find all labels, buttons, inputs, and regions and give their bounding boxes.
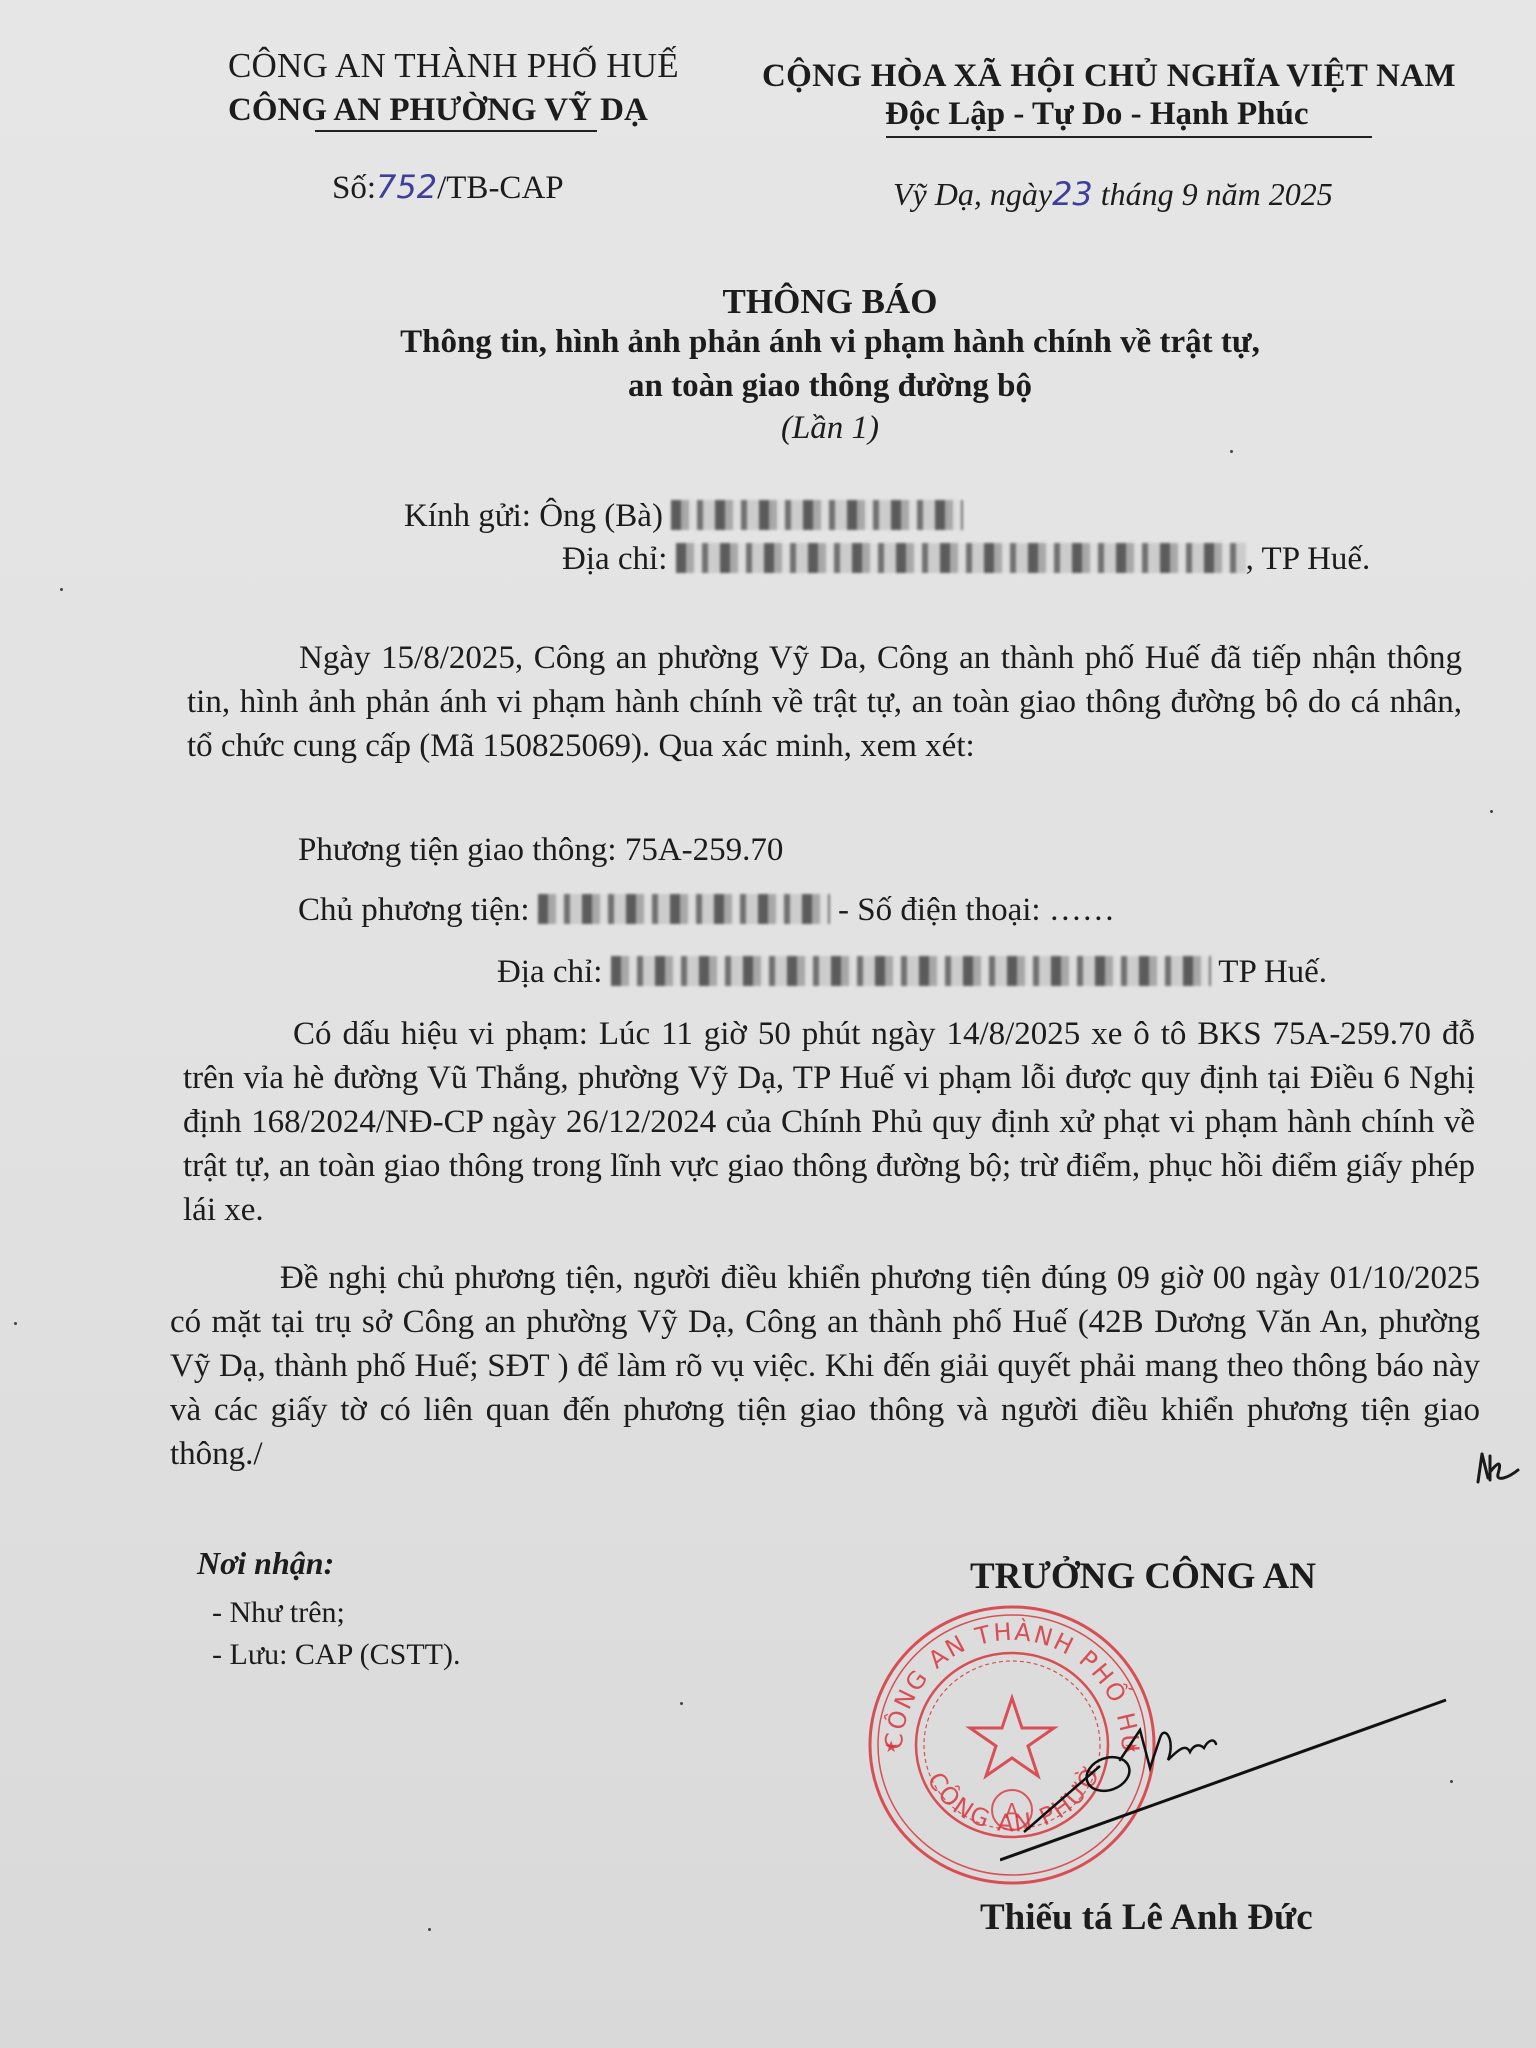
recipient-name-redacted: [671, 500, 963, 530]
signer-name: Thiếu tá Lê Anh Đức: [980, 1896, 1313, 1939]
handwritten-initial-icon: [1472, 1448, 1522, 1488]
vehicle-plate: 75A-259.70: [625, 832, 784, 868]
national-motto: Độc Lập - Tự Do - Hạnh Phúc: [885, 96, 1309, 133]
issuing-agency-parent: CÔNG AN THÀNH PHỐ HUẾ: [228, 46, 679, 86]
notice-iteration: (Lần 1): [0, 410, 1536, 447]
motto-underline: [886, 136, 1372, 138]
vehicle-label: Phương tiện giao thông:: [298, 832, 617, 868]
owner-label: Chủ phương tiện:: [298, 892, 530, 928]
address-suffix: , TP Huế.: [1246, 541, 1371, 577]
paragraph-received-report: Ngày 15/8/2025, Công an phường Vỹ Da, Cô…: [187, 636, 1462, 768]
paragraph-summons: Đề nghị chủ phương tiện, người điều khiể…: [170, 1256, 1480, 1476]
document-date: Vỹ Dạ, ngày23 tháng 9 năm 2025: [893, 175, 1333, 213]
recipient-address-line: Địa chỉ: , TP Huế.: [562, 537, 1370, 581]
document-number-handwritten: 752: [376, 168, 437, 206]
country-name: CỘNG HÒA XÃ HỘI CHỦ NGHĨA VIỆT NAM: [762, 58, 1456, 95]
owner-address-label: Địa chỉ:: [497, 954, 602, 990]
owner-address-suffix: TP Huế.: [1211, 954, 1327, 990]
issuing-agency: CÔNG AN PHƯỜNG VỸ DẠ: [228, 92, 648, 129]
phone-value: ……: [1049, 892, 1115, 928]
recipient-line: Kính gửi: Ông (Bà): [404, 494, 963, 538]
date-prefix: Vỹ Dạ, ngày: [893, 176, 1052, 212]
signer-position: TRƯỞNG CÔNG AN: [970, 1555, 1316, 1598]
svg-text:★: ★: [884, 1739, 898, 1756]
owner-address-redacted: [611, 956, 1211, 986]
document-number: Số:752/TB-CAP: [332, 168, 564, 207]
document-number-suffix: /TB-CAP: [437, 170, 564, 206]
recipient-address-redacted: [676, 543, 1246, 573]
salutation-label: Kính gửi: Ông (Bà): [404, 498, 663, 534]
recipients-heading: Nơi nhận:: [197, 1545, 334, 1582]
document-subtitle-line2: an toàn giao thông đường bộ: [0, 368, 1536, 405]
owner-address-line: Địa chỉ: TP Huế.: [497, 950, 1327, 994]
document-title: THÔNG BÁO: [0, 282, 1536, 322]
document-subtitle-line1: Thông tin, hình ảnh phản ánh vi phạm hàn…: [0, 324, 1536, 361]
phone-label: - Số điện thoại:: [838, 892, 1041, 928]
document-number-prefix: Số:: [332, 170, 376, 206]
date-suffix: tháng 9 năm 2025: [1093, 176, 1333, 212]
date-day-handwritten: 23: [1052, 175, 1093, 213]
recipient-item: - Lưu: CAP (CSTT).: [212, 1638, 460, 1672]
recipient-item: - Như trên;: [212, 1596, 345, 1630]
address-label: Địa chỉ:: [562, 541, 667, 577]
signature-icon: [1000, 1680, 1460, 1880]
agency-underline: [315, 130, 597, 132]
vehicle-owner-line: Chủ phương tiện: - Số điện thoại: ……: [298, 888, 1115, 932]
vehicle-line: Phương tiện giao thông: 75A-259.70: [298, 828, 783, 872]
owner-name-redacted: [538, 894, 830, 924]
paragraph-violation: Có dấu hiệu vi phạm: Lúc 11 giờ 50 phút …: [183, 1012, 1475, 1232]
